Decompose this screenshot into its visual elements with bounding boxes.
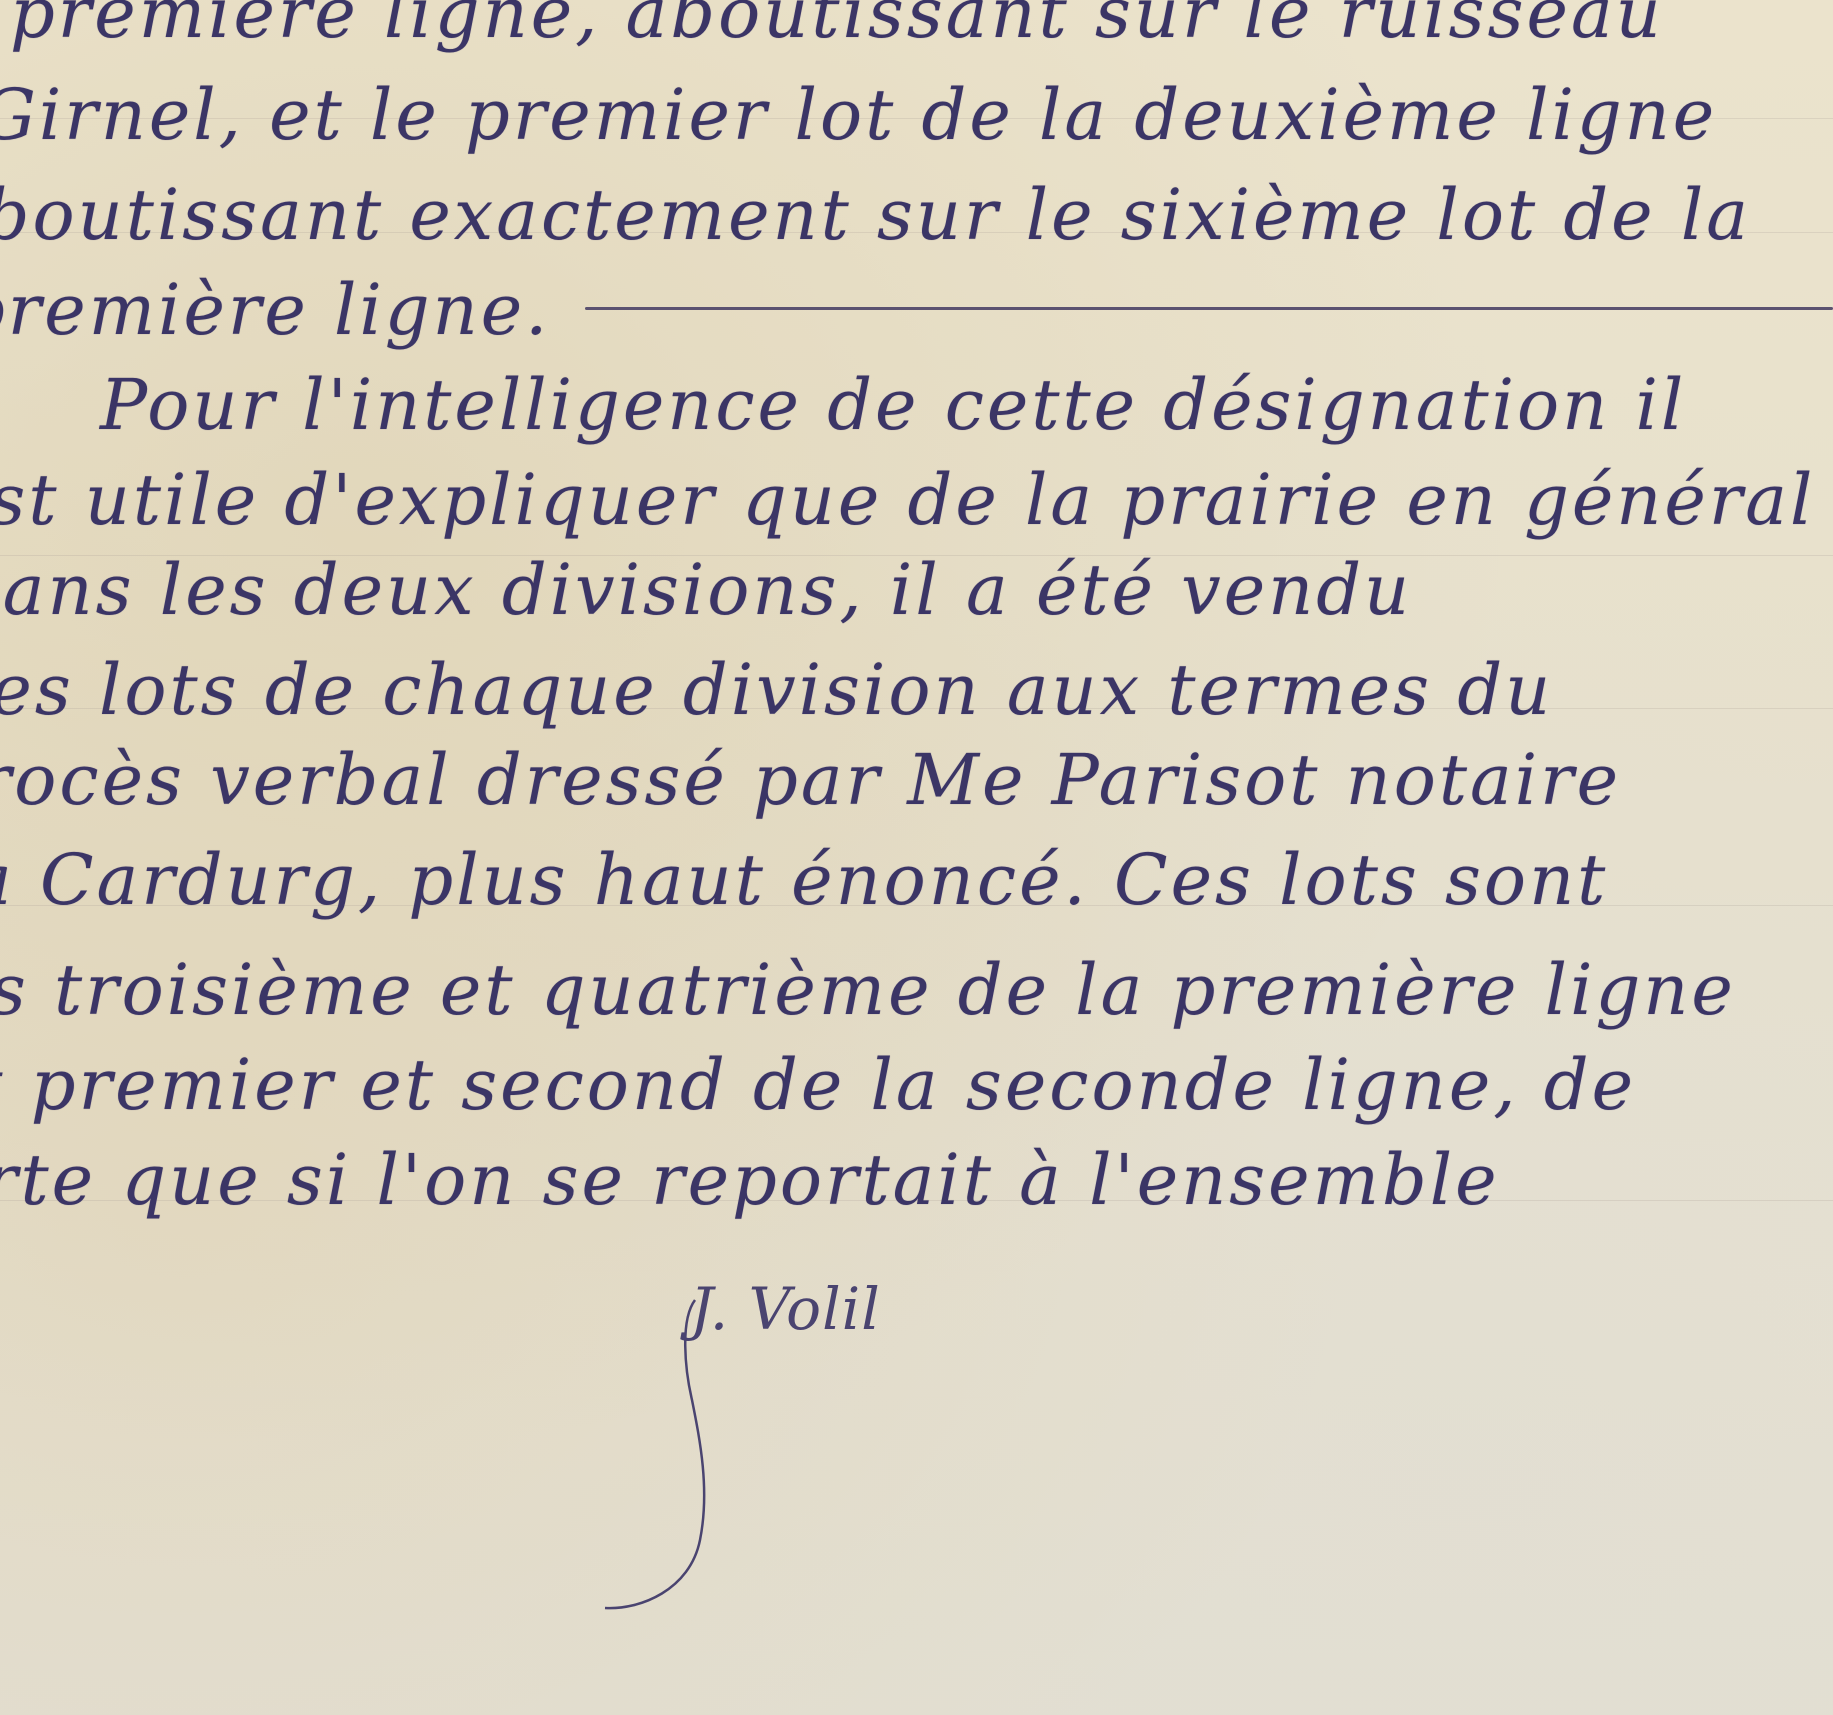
manuscript-line-11: les troisième et quatrième de la premièr…	[0, 955, 1736, 1025]
manuscript-page: première ligne, aboutissant sur le ruiss…	[0, 0, 1833, 1715]
manuscript-line-3: aboutissant exactement sur le sixième lo…	[0, 180, 1751, 250]
manuscript-line-10: à Cardurg, plus haut énoncé. Ces lots so…	[0, 845, 1608, 915]
manuscript-line-4: première ligne.	[0, 275, 550, 345]
manuscript-line-13: sorte que si l'on se reportait à l'ensem…	[0, 1145, 1500, 1215]
manuscript-line-2: Girnel, et le premier lot de la deuxième…	[0, 80, 1717, 150]
manuscript-line-8: les lots de chaque division aux termes d…	[0, 655, 1553, 725]
manuscript-line-7: dans les deux divisions, il a été vendu	[0, 555, 1412, 625]
manuscript-line-6: est utile d'expliquer que de la prairie …	[0, 465, 1815, 535]
manuscript-line-12: et premier et second de la seconde ligne…	[0, 1050, 1636, 1120]
signature: J. Volil	[690, 1275, 881, 1343]
manuscript-line-9: procès verbal dressé par Me Parisot nota…	[0, 745, 1621, 815]
manuscript-line-5: Pour l'intelligence de cette désignation…	[100, 370, 1686, 440]
manuscript-line-1: première ligne, aboutissant sur le ruiss…	[10, 0, 1664, 48]
separator-line	[585, 307, 1833, 310]
